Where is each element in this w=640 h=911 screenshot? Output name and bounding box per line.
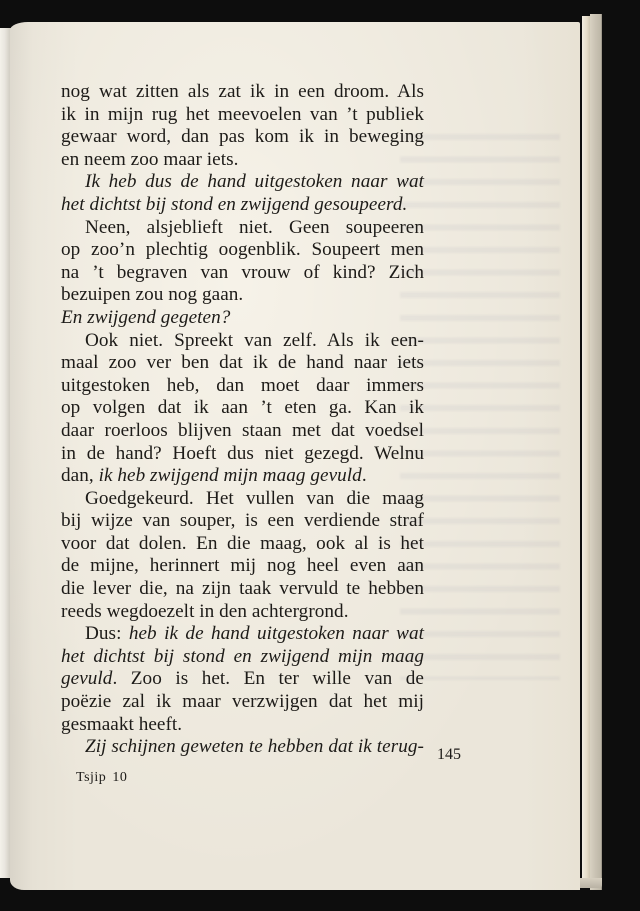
italic-text-run: het dichtst bij stond en zwijgend gesoup…: [61, 194, 407, 215]
text-line: en neem zoo maar iets.: [61, 149, 424, 172]
text-line: na ’t begraven van vrouw of kind? Zich: [61, 262, 424, 285]
signature-number: 10: [112, 770, 127, 785]
page-stack-edge-outer: [590, 14, 602, 890]
text-line: Ook niet. Spreekt van zelf. Als ik een-: [61, 330, 424, 353]
text-run: de mijne, herinnert mij nog heel even aa…: [61, 555, 424, 576]
page-number: 145: [437, 746, 461, 764]
text-line: poëzie zal ik maar verzwijgen dat het mi…: [61, 691, 424, 714]
text-run: gewaar word, dan pas kom ik in beweging: [61, 126, 424, 147]
text-line: dan, ik heb zwijgend mijn maag gevuld.: [61, 465, 424, 488]
text-run: . Zoo is het. En ter wille van de: [112, 668, 424, 689]
text-run: na ’t begraven van vrouw of kind? Zich: [61, 262, 424, 283]
text-run: uitgestoken heb, dan moet daar immers: [61, 375, 424, 396]
text-line: in de hand? Hoeft dus niet gezegd. Welnu: [61, 443, 424, 466]
text-line: Goedgekeurd. Het vullen van die maag: [61, 488, 424, 511]
text-line: En zwijgend gegeten?: [61, 307, 424, 330]
italic-text-run: ik heb zwijgend mijn maag gevuld: [99, 465, 362, 486]
text-line: daar roerloos blijven staan met dat voed…: [61, 420, 424, 443]
body-text: nog wat zitten als zat ik in een droom. …: [61, 81, 424, 759]
text-line: uitgestoken heb, dan moet daar immers: [61, 375, 424, 398]
text-line: reeds wegdoezelt in den achtergrond.: [61, 601, 424, 624]
text-run: in de hand? Hoeft dus niet gezegd. Welnu: [61, 443, 424, 464]
text-run: dan,: [61, 465, 99, 486]
text-line: op zoo’n plechtig oogenblik. Soupeert me…: [61, 239, 424, 262]
text-run: poëzie zal ik maar verzwijgen dat het mi…: [61, 691, 424, 712]
text-line: maal zoo ver ben dat ik de hand naar iet…: [61, 352, 424, 375]
scanned-book-page: nog wat zitten als zat ik in een droom. …: [0, 0, 640, 911]
printer-signature-mark: Tsjip10: [76, 770, 127, 786]
italic-text-run: Ik heb dus de hand uitgestoken naar wat: [85, 171, 424, 192]
text-line: op volgen dat ik aan ’t eten ga. Kan ik: [61, 397, 424, 420]
text-run: Ook niet. Spreekt van zelf. Als ik een-: [85, 330, 424, 351]
text-line: bij wijze van souper, is een verdiende s…: [61, 510, 424, 533]
text-line: het dichtst bij stond en zwijgend mijn m…: [61, 646, 424, 669]
text-run: .: [362, 465, 367, 486]
text-line: de mijne, herinnert mij nog heel even aa…: [61, 555, 424, 578]
text-line: die lever die, na zijn taak vervuld te h…: [61, 578, 424, 601]
text-line: Zij schijnen geweten te hebben dat ik te…: [61, 736, 424, 759]
text-run: Goedgekeurd. Het vullen van die maag: [85, 488, 424, 509]
text-run: reeds wegdoezelt in den achtergrond.: [61, 601, 349, 622]
text-run: gesmaakt heeft.: [61, 714, 182, 735]
text-run: nog wat zitten als zat ik in een droom. …: [61, 81, 424, 102]
text-line: bezuipen zou nog gaan.: [61, 284, 424, 307]
page-stack-edge-inner: [582, 16, 590, 886]
show-through-texture: [400, 120, 560, 680]
text-run: bezuipen zou nog gaan.: [61, 284, 243, 305]
text-line: gewaar word, dan pas kom ik in beweging: [61, 126, 424, 149]
text-line: gesmaakt heeft.: [61, 714, 424, 737]
text-run: die lever die, na zijn taak vervuld te h…: [61, 578, 424, 599]
text-run: bij wijze van souper, is een verdiende s…: [61, 510, 424, 531]
text-line: voor dat dolen. En die maag, ook al is h…: [61, 533, 424, 556]
text-line: ik in mijn rug het meevoelen van ’t publ…: [61, 104, 424, 127]
italic-text-run: En zwijgend gegeten?: [61, 307, 230, 328]
italic-text-run: gevuld: [61, 668, 112, 689]
text-run: Neen, alsjeblieft niet. Geen soupeeren: [85, 217, 424, 238]
italic-text-run: Zij schijnen geweten te hebben dat ik te…: [85, 736, 424, 757]
text-run: Dus:: [85, 623, 129, 644]
text-line: gevuld. Zoo is het. En ter wille van de: [61, 668, 424, 691]
text-run: op zoo’n plechtig oogenblik. Soupeert me…: [61, 239, 424, 260]
text-run: ik in mijn rug het meevoelen van ’t publ…: [61, 104, 424, 125]
text-run: en neem zoo maar iets.: [61, 149, 238, 170]
italic-text-run: het dichtst bij stond en zwijgend mijn m…: [61, 646, 424, 667]
text-line: Ik heb dus de hand uitgestoken naar wat: [61, 171, 424, 194]
text-line: het dichtst bij stond en zwijgend gesoup…: [61, 194, 424, 217]
italic-text-run: heb ik de hand uitgestoken naar wat: [129, 623, 424, 644]
text-line: Dus: heb ik de hand uitgestoken naar wat: [61, 623, 424, 646]
text-run: daar roerloos blijven staan met dat voed…: [61, 420, 424, 441]
text-run: voor dat dolen. En die maag, ook al is h…: [61, 533, 424, 554]
text-line: Neen, alsjeblieft niet. Geen soupeeren: [61, 217, 424, 240]
text-line: nog wat zitten als zat ik in een droom. …: [61, 81, 424, 104]
text-run: op volgen dat ik aan ’t eten ga. Kan ik: [61, 397, 424, 418]
signature-label: Tsjip: [76, 770, 106, 785]
text-run: maal zoo ver ben dat ik de hand naar iet…: [61, 352, 424, 373]
